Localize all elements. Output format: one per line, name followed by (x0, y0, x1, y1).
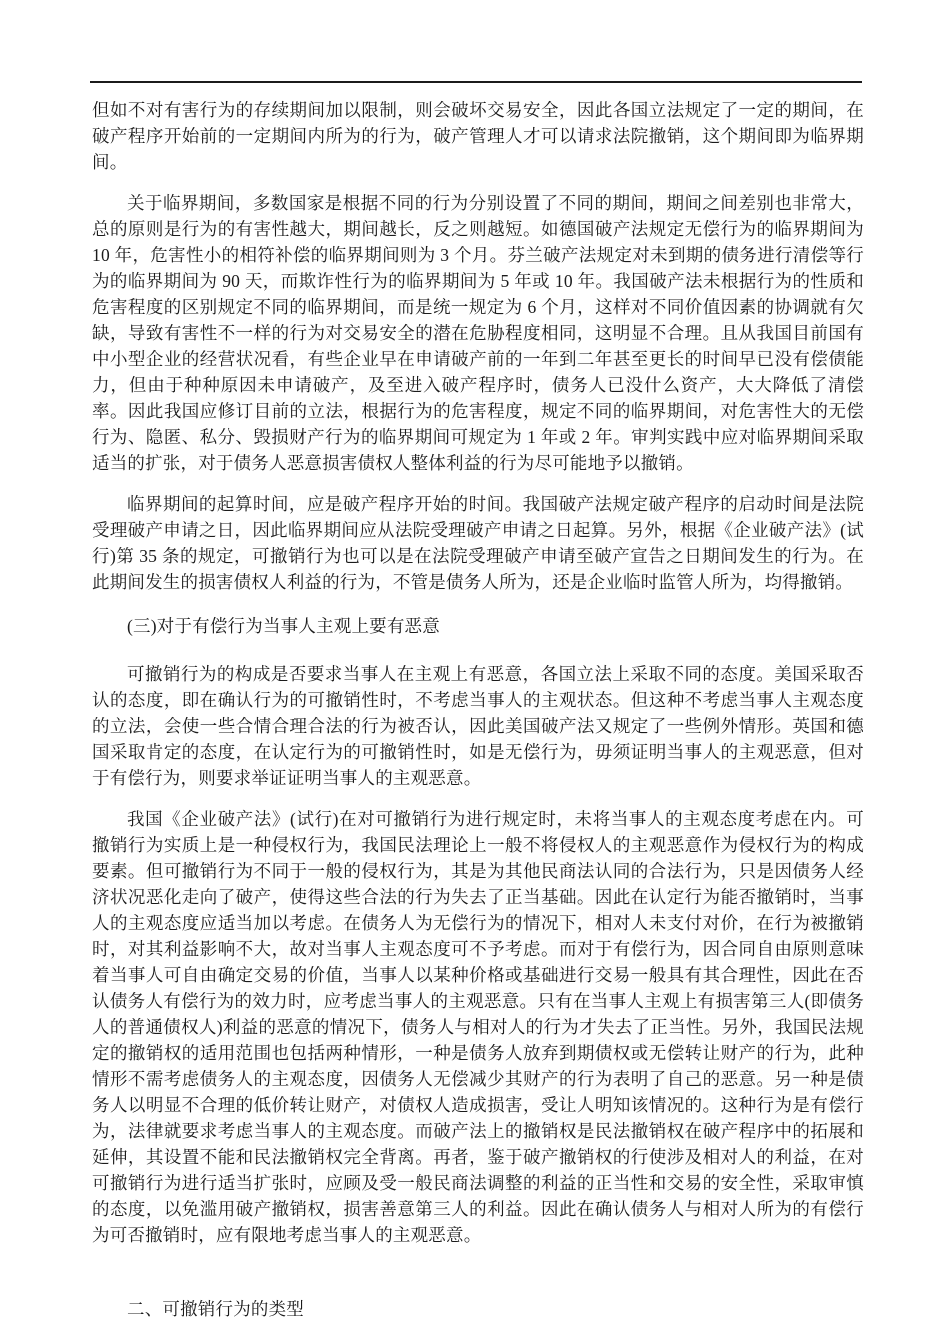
section-heading: (三)对于有偿行为当事人主观上要有恶意 (92, 613, 864, 639)
section-heading: 二、可撤销行为的类型 (92, 1296, 864, 1322)
body-paragraph: 可撤销行为的构成是否要求当事人在主观上有恶意，各国立法上采取不同的态度。美国采取… (92, 661, 864, 791)
body-paragraph: 临界期间的起算时间，应是破产程序开始的时间。我国破产法规定破产程序的启动时间是法… (92, 491, 864, 595)
body-paragraph: 关于临界期间，多数国家是根据不同的行为分别设置了不同的期间，期间之间差别也非常大… (92, 190, 864, 476)
body-paragraph: 我国《企业破产法》(试行)在对可撤销行为进行规定时，未将当事人的主观态度考虑在内… (92, 806, 864, 1248)
body-paragraph: 但如不对有害行为的存续期间加以限制，则会破坏交易安全，因此各国立法规定了一定的期… (92, 97, 864, 175)
header-rule (90, 81, 862, 83)
document-content: 但如不对有害行为的存续期间加以限制，则会破坏交易安全，因此各国立法规定了一定的期… (92, 97, 864, 1322)
document-page: 但如不对有害行为的存续期间加以限制，则会破坏交易安全，因此各国立法规定了一定的期… (0, 0, 950, 1344)
